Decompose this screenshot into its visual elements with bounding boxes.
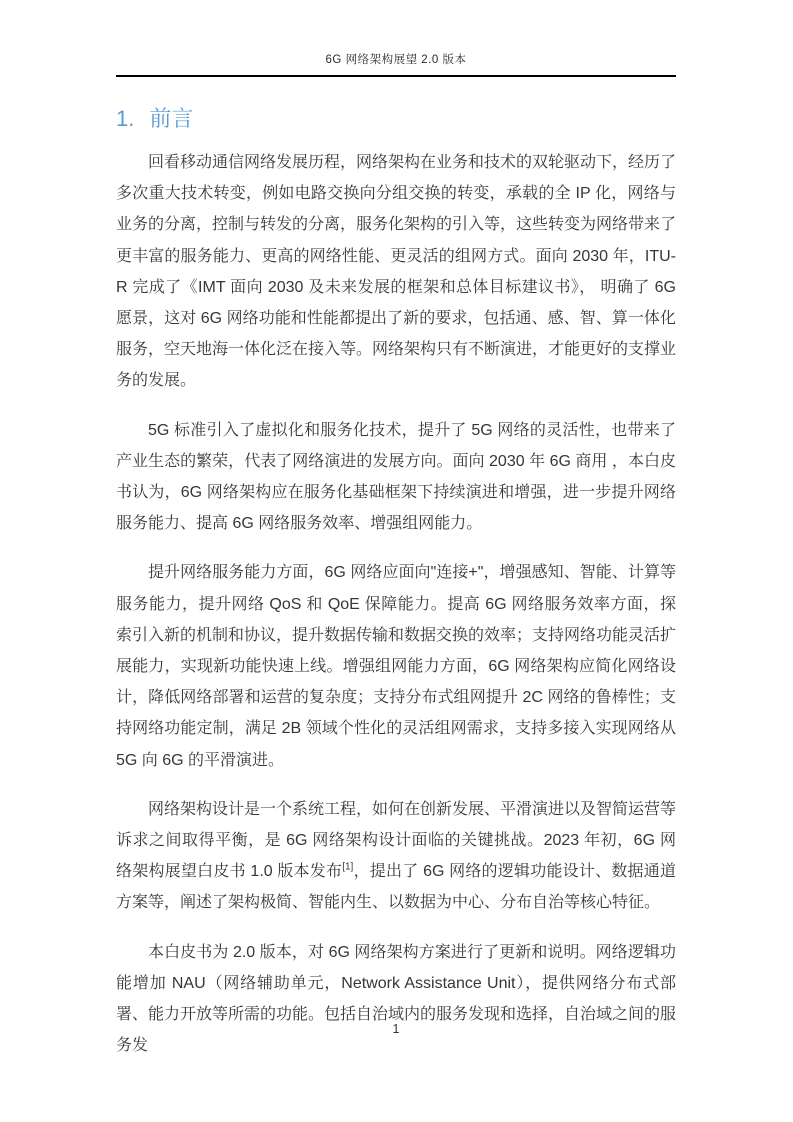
document-page: 6G 网络架构展望 2.0 版本 1.前言 回看移动通信网络发展历程，网络架构在…: [0, 0, 793, 1122]
paragraph: 本白皮书为 2.0 版本，对 6G 网络架构方案进行了更新和说明。网络逻辑功能增…: [116, 937, 676, 1062]
document-content: 1.前言 回看移动通信网络发展历程，网络架构在业务和技术的双轮驱动下，经历了多次…: [116, 104, 676, 1079]
paragraph-text: 提升网络服务能力方面，6G 网络应面向"连接+"，增强感知、智能、计算等服务能力…: [116, 564, 676, 768]
footnote-ref: [1]: [342, 862, 353, 873]
paragraph: 提升网络服务能力方面，6G 网络应面向"连接+"，增强感知、智能、计算等服务能力…: [116, 557, 676, 775]
header-divider: [116, 75, 676, 77]
section-heading: 1.前言: [116, 104, 676, 134]
paragraph: 5G 标准引入了虚拟化和服务化技术，提升了 5G 网络的灵活性，也带来了产业生态…: [116, 415, 676, 540]
page-header: 6G 网络架构展望 2.0 版本: [116, 51, 676, 67]
page-number: 1: [393, 1022, 400, 1036]
section-title: 前言: [149, 106, 193, 131]
paragraph: 网络架构设计是一个系统工程，如何在创新发展、平滑演进以及智简运营等诉求之间取得平…: [116, 794, 676, 919]
paragraph-text: 本白皮书为 2.0 版本，对 6G 网络架构方案进行了更新和说明。网络逻辑功能增…: [116, 944, 676, 1055]
page-footer: 1: [116, 1022, 676, 1036]
paragraph-text: 回看移动通信网络发展历程，网络架构在业务和技术的双轮驱动下，经历了多次重大技术转…: [116, 154, 676, 389]
paragraphs-container: 回看移动通信网络发展历程，网络架构在业务和技术的双轮驱动下，经历了多次重大技术转…: [116, 147, 676, 1061]
paragraph: 回看移动通信网络发展历程，网络架构在业务和技术的双轮驱动下，经历了多次重大技术转…: [116, 147, 676, 397]
section-number: 1.: [116, 106, 134, 131]
header-title: 6G 网络架构展望 2.0 版本: [326, 54, 467, 66]
paragraph-text: 5G 标准引入了虚拟化和服务化技术，提升了 5G 网络的灵活性，也带来了产业生态…: [116, 422, 676, 533]
